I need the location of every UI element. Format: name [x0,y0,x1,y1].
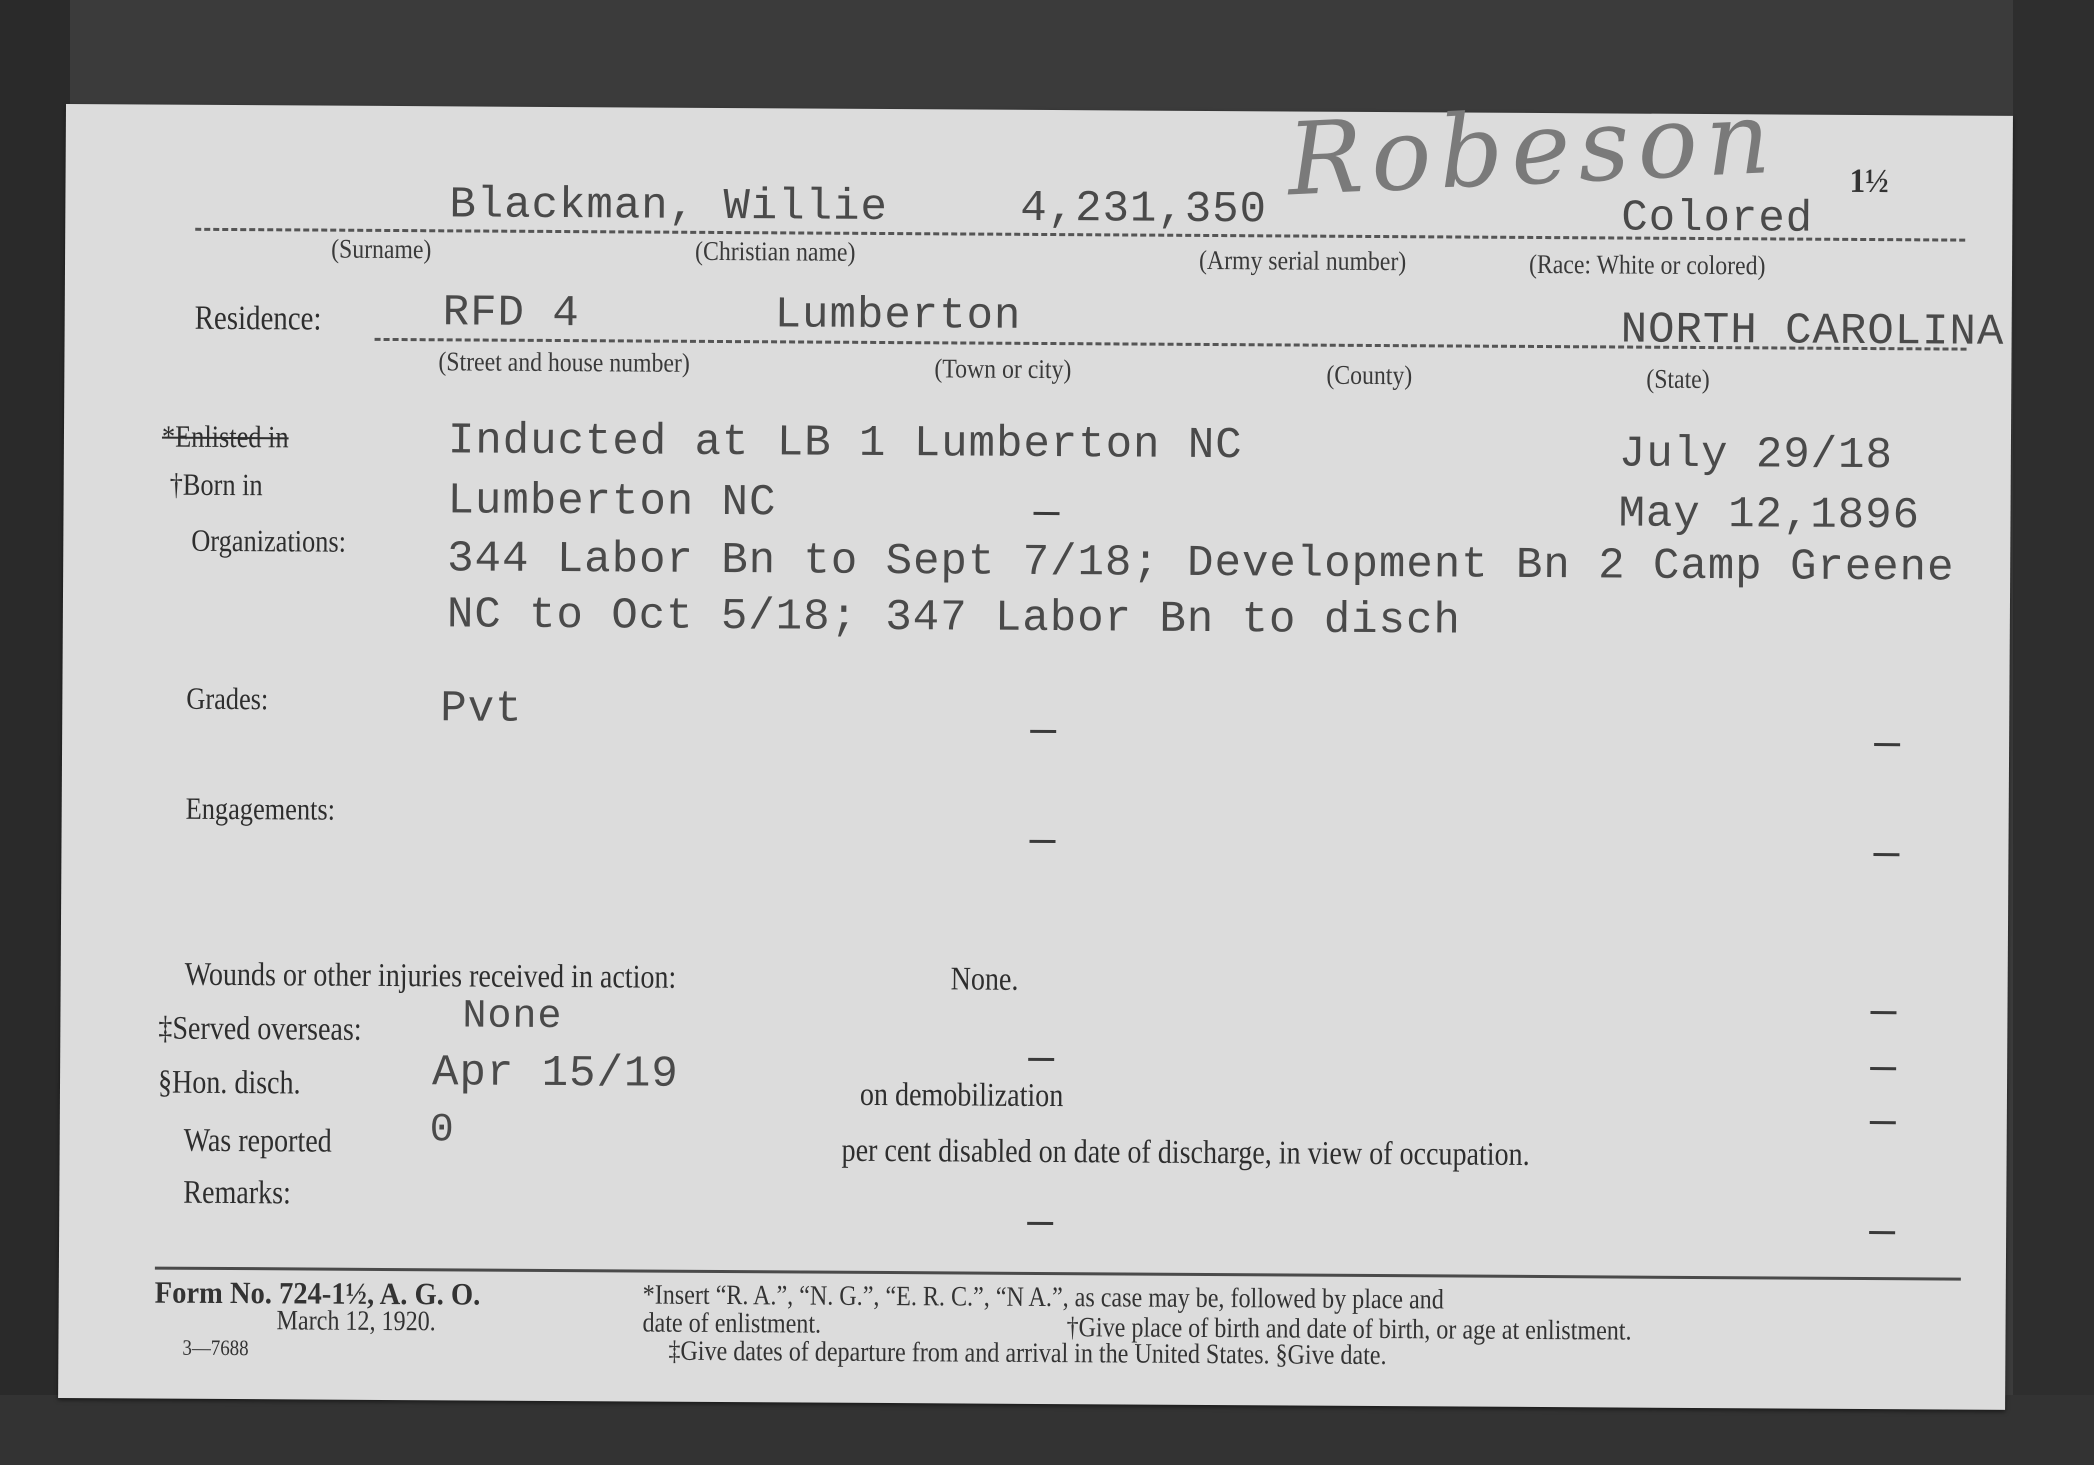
overseas-dash-mid [1028,1058,1054,1061]
born-label: †Born in [170,467,263,504]
birth-date: May 12,1896 [1618,489,1920,541]
served-overseas-label: ‡Served overseas: [158,1011,362,1049]
organizations-label: Organizations: [191,523,346,560]
residence-label: Residence: [195,300,322,339]
residence-street: RFD 4 [443,288,580,339]
enlisted-label: *Enlisted in [162,419,289,456]
serial-number-label: (Army serial number) [1199,245,1406,277]
surname-label: (Surname) [331,234,431,266]
engagements-dash-right [1873,853,1899,856]
wounds-label: Wounds or other injuries received in act… [185,957,677,997]
disability-percent: 0 [430,1108,455,1153]
service-record-card: 1½ Robeson Blackman, Willie 4,231,350 Co… [58,104,2013,1410]
born-place: Lumberton NC [447,476,776,528]
served-overseas-value: None [462,994,562,1040]
demob-dash-right [1870,1121,1896,1124]
overseas-dash-right [1870,1067,1896,1070]
was-reported-label: Was reported [184,1123,332,1161]
enlisted-value: Inducted at LB 1 Lumberton NC [448,416,1243,471]
remarks-dash-mid [1027,1222,1053,1225]
state-label: (State) [1646,364,1710,395]
engagements-label: Engagements: [186,791,335,828]
grades-value: Pvt [440,684,523,735]
race-label: (Race: White or colored) [1529,249,1766,281]
grades-label: Grades: [186,681,268,717]
remarks-dash-right [1869,1231,1895,1234]
christian-name-label: (Christian name) [695,236,856,268]
print-code: 3—7688 [182,1335,248,1361]
hon-disch-date: Apr 15/19 [432,1048,679,1100]
grades-dash-right [1874,743,1900,746]
hon-disch-label: §Hon. disch. [158,1065,301,1103]
organizations-line-1: 344 Labor Bn to Sept 7/18; Development B… [447,534,1955,593]
soldier-name: Blackman, Willie [449,180,888,233]
town-label: (Town or city) [934,353,1071,385]
remarks-label: Remarks: [183,1175,291,1213]
form-date: March 12, 1920. [276,1305,435,1338]
wounds-value: None. [951,961,1019,998]
army-serial-number: 4,231,350 [1020,184,1267,236]
on-demobilization-text: on demobilization [860,1077,1064,1115]
disability-text: per cent disabled on date of discharge, … [842,1133,1530,1174]
county-label: (County) [1326,360,1412,392]
residence-town: Lumberton [775,290,1022,342]
organizations-line-2: NC to Oct 5/18; 347 Labor Bn to disch [447,590,1461,646]
form-fraction: 1½ [1849,163,1888,201]
born-blank-dash [1034,512,1060,515]
engagements-dash-mid [1030,840,1056,843]
street-label: (Street and house number) [438,346,690,379]
scan-background-right [2013,0,2094,1465]
enlisted-date: July 29/18 [1619,429,1893,481]
wounds-dash-right [1870,1011,1896,1014]
grades-dash-mid [1030,730,1056,733]
footnote-departure: ‡Give dates of departure from and arriva… [668,1336,1386,1372]
